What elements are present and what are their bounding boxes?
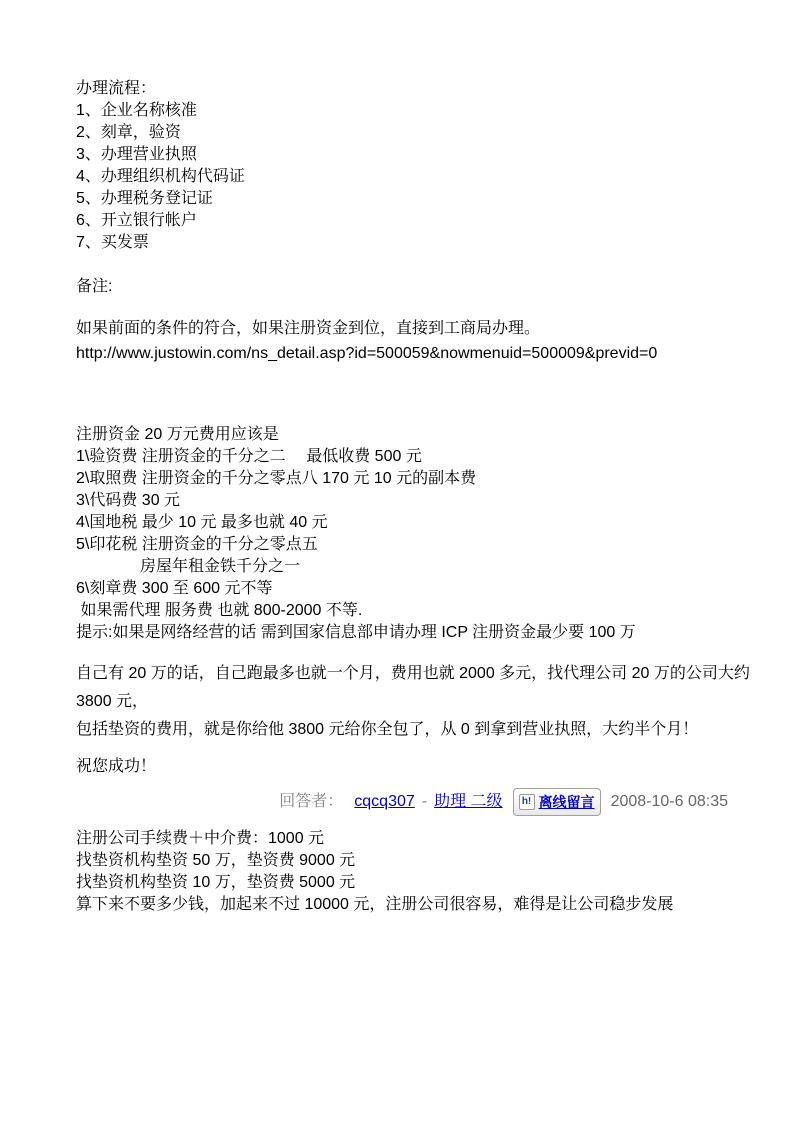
process-section: 办理流程： 1、企业名称核准 2、刻章，验资 3、办理营业执照 4、办理组织机构… <box>76 78 756 254</box>
summary-line-1: 自己有 20 万的话，自己跑最多也就一个月，费用也就 2000 多元，找代理公司… <box>76 660 756 716</box>
process-step-4: 4、办理组织机构代码证 <box>76 166 756 188</box>
answerer-label: 回答者： <box>279 790 343 814</box>
answer-page: 办理流程： 1、企业名称核准 2、刻章，验资 3、办理营业执照 4、办理组织机构… <box>0 0 793 1122</box>
fee-item-5-subline: 房屋年租金铁千分之一 <box>76 556 756 578</box>
process-step-5: 5、办理税务登记证 <box>76 188 756 210</box>
wish-section: 祝您成功！ <box>76 756 756 778</box>
meta-dash: - <box>422 790 427 814</box>
process-title: 办理流程： <box>76 78 756 100</box>
summary-line-2: 包括垫资的费用，就是你给他 3800 元给你全包了，从 0 到拿到营业执照，大约… <box>76 716 756 744</box>
second-answer-section: 注册公司手续费＋中介费：1000 元 找垫资机构垫资 50 万，垫资费 9000… <box>76 828 756 916</box>
agent-fee-note: 如果需代理 服务费 也就 800-2000 不等. <box>76 600 756 622</box>
second-answer-line-2: 找垫资机构垫资 50 万，垫资费 9000 元 <box>76 850 756 872</box>
answer-date: 2008-10-6 08:35 <box>611 790 728 814</box>
remark-label: 备注: <box>76 276 756 298</box>
icp-tip: 提示:如果是网络经营的话 需到国家信息部申请办理 ICP 注册资金最少要 100… <box>76 622 756 644</box>
second-answer-line-3: 找垫资机构垫资 10 万，垫资费 5000 元 <box>76 872 756 894</box>
offline-message-label[interactable]: 离线留言 <box>539 790 595 814</box>
fees-title: 注册资金 20 万元费用应该是 <box>76 424 756 446</box>
answerer-rank-link[interactable]: 助理 二级 <box>434 790 502 814</box>
baidu-hi-icon: h! <box>519 794 535 810</box>
fee-item-4: 4\国地税 最少 10 元 最多也就 40 元 <box>76 512 756 534</box>
fee-item-3: 3\代码费 30 元 <box>76 490 756 512</box>
fee-item-1: 1\验资费 注册资金的千分之二 最低收费 500 元 <box>76 446 756 468</box>
process-step-2: 2、刻章，验资 <box>76 122 756 144</box>
process-step-1: 1、企业名称核准 <box>76 100 756 122</box>
second-answer-line-4: 算下来不要多少钱，加起来不过 10000 元，注册公司很容易，难得是让公司稳步发… <box>76 894 756 916</box>
process-step-3: 3、办理营业执照 <box>76 144 756 166</box>
remark-body-section: 如果前面的条件的符合，如果注册资金到位，直接到工商局办理。 http://www… <box>76 316 756 366</box>
remark-text: 如果前面的条件的符合，如果注册资金到位，直接到工商局办理。 <box>76 316 756 341</box>
process-step-6: 6、开立银行帐户 <box>76 210 756 232</box>
summary-section: 自己有 20 万的话，自己跑最多也就一个月，费用也就 2000 多元，找代理公司… <box>76 660 756 744</box>
fees-section: 注册资金 20 万元费用应该是 1\验资费 注册资金的千分之二 最低收费 500… <box>76 424 756 644</box>
answer-body: 办理流程： 1、企业名称核准 2、刻章，验资 3、办理营业执照 4、办理组织机构… <box>76 78 756 916</box>
fee-item-2: 2\取照费 注册资金的千分之零点八 170 元 10 元的副本费 <box>76 468 756 490</box>
fee-item-5: 5\印花税 注册资金的千分之零点五 <box>76 534 756 556</box>
second-answer-line-1: 注册公司手续费＋中介费：1000 元 <box>76 828 756 850</box>
wish-text: 祝您成功！ <box>76 756 756 778</box>
fee-item-6: 6\刻章费 300 至 600 元不等 <box>76 578 756 600</box>
remark-section: 备注: <box>76 276 756 298</box>
reference-url: http://www.justowin.com/ns_detail.asp?id… <box>76 341 756 366</box>
answerer-username-link[interactable]: cqcq307 <box>354 790 415 814</box>
process-step-7: 7、买发票 <box>76 232 756 254</box>
offline-message-button[interactable]: h! 离线留言 <box>513 788 601 816</box>
answerer-meta-row: 回答者： cqcq307 - 助理 二级 h! 离线留言 2008-10-6 0… <box>76 788 728 816</box>
